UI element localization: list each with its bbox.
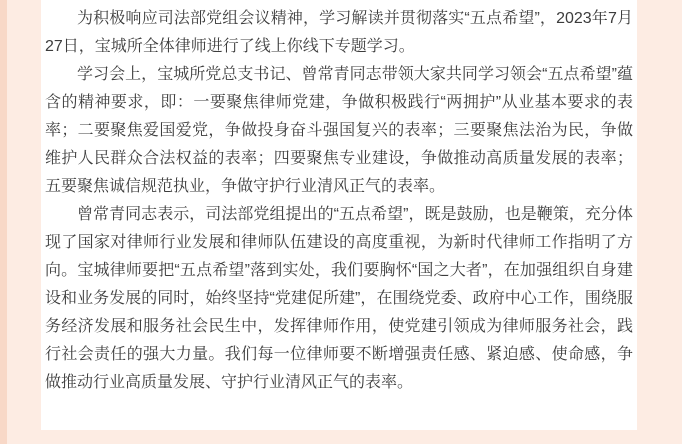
article-content: 为积极响应司法部党组会议精神，学习解读并贯彻落实“五点希望”，2023年7月27… [41,0,637,430]
article-paragraph: 曾常青同志表示，司法部党组提出的“五点希望”，既是鼓励，也是鞭策，充分体现了国家… [45,201,633,397]
page-background: 为积极响应司法部党组会议精神，学习解读并贯彻落实“五点希望”，2023年7月27… [0,0,682,444]
article-paragraph: 为积极响应司法部党组会议精神，学习解读并贯彻落实“五点希望”，2023年7月27… [45,5,633,61]
left-edge-strip [0,0,7,444]
article-paragraph: 学习会上，宝城所党总支书记、曾常青同志带领大家共同学习领会“五点希望”蕴含的精神… [45,61,633,201]
